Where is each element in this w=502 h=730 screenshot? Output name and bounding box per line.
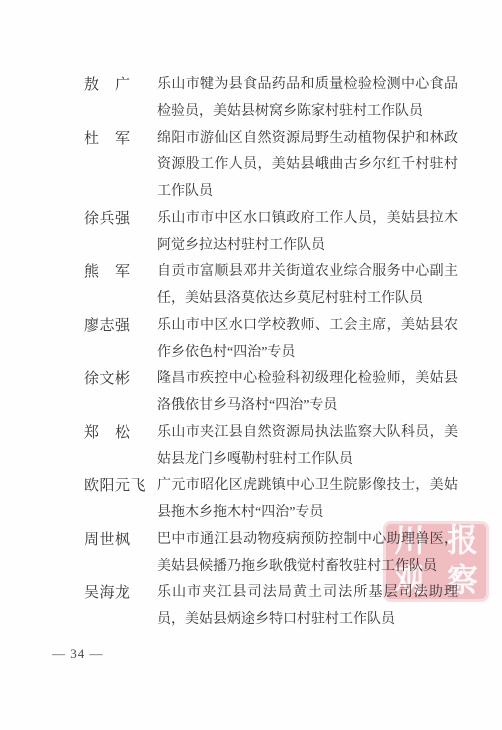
person-name: 周世枫 [84, 527, 157, 554]
person-name: 杜 军 [84, 126, 157, 153]
document-page: 川 报 观 察 敖 广 乐山市犍为县食品药品和质量检验检测中心食品 检验员，美姑… [0, 0, 502, 730]
list-item: 吴海龙 乐山市夹江县司法局黄土司法所基层司法助理 员，美姑县炳途乡特口村驻村工作… [84, 580, 458, 634]
description-line: 自贡市富顺县邓井关街道农业综合服务中心副主 [157, 259, 458, 286]
person-description: 自贡市富顺县邓井关街道农业综合服务中心副主 任，美姑县洛莫依达乡莫尼村驻村工作队… [157, 259, 458, 313]
description-line: 乐山市夹江县司法局黄土司法所基层司法助理 [157, 580, 458, 607]
description-line: 隆昌市疾控中心检验科初级理化检验师，美姑县 [157, 366, 458, 393]
person-name: 欧阳元飞 [84, 473, 157, 500]
description-line: 工作队员 [157, 179, 458, 206]
person-description: 巴中市通江县动物疫病预防控制中心助理兽医， 美姑县候播乃拖乡耿俄觉村畜牧驻村工作… [157, 527, 458, 581]
description-line: 巴中市通江县动物疫病预防控制中心助理兽医， [157, 527, 458, 554]
list-item: 徐文彬 隆昌市疾控中心检验科初级理化检验师，美姑县 洛俄依甘乡马洛村“四治”专员 [84, 366, 458, 420]
description-line: 资源股工作人员，美姑县峨曲古乡尔红千村驻村 [157, 152, 458, 179]
description-line: 县拖木乡拖木村“四治”专员 [157, 500, 458, 527]
person-name: 熊 军 [84, 259, 157, 286]
list-item: 欧阳元飞 广元市昭化区虎跳镇中心卫生院影像技士，美姑 县拖木乡拖木村“四治”专员 [84, 473, 458, 527]
description-line: 广元市昭化区虎跳镇中心卫生院影像技士，美姑 [157, 473, 458, 500]
person-description: 乐山市夹江县司法局黄土司法所基层司法助理 员，美姑县炳途乡特口村驻村工作队员 [157, 580, 458, 634]
description-line: 检验员，美姑县树窝乡陈家村驻村工作队员 [157, 99, 458, 126]
description-line: 洛俄依甘乡马洛村“四治”专员 [157, 393, 458, 420]
description-line: 乐山市中区水口学校教师、工会主席，美姑县农 [157, 313, 458, 340]
description-line: 任，美姑县洛莫依达乡莫尼村驻村工作队员 [157, 286, 458, 313]
description-line: 乐山市犍为县食品药品和质量检验检测中心食品 [157, 72, 458, 99]
page-number: — 34 — [52, 646, 104, 662]
list-item: 徐兵强 乐山市市中区水口镇政府工作人员，美姑县拉木 阿觉乡拉达村驻村工作队员 [84, 206, 458, 260]
person-name: 吴海龙 [84, 580, 157, 607]
person-description: 隆昌市疾控中心检验科初级理化检验师，美姑县 洛俄依甘乡马洛村“四治”专员 [157, 366, 458, 420]
person-description: 乐山市夹江县自然资源局执法监察大队科员，美 姑县龙门乡嘎勒村驻村工作队员 [157, 420, 458, 474]
person-description: 乐山市市中区水口镇政府工作人员，美姑县拉木 阿觉乡拉达村驻村工作队员 [157, 206, 458, 260]
person-description: 乐山市犍为县食品药品和质量检验检测中心食品 检验员，美姑县树窝乡陈家村驻村工作队… [157, 72, 458, 126]
description-line: 阿觉乡拉达村驻村工作队员 [157, 233, 458, 260]
person-description: 广元市昭化区虎跳镇中心卫生院影像技士，美姑 县拖木乡拖木村“四治”专员 [157, 473, 458, 527]
list-item: 郑 松 乐山市夹江县自然资源局执法监察大队科员，美 姑县龙门乡嘎勒村驻村工作队员 [84, 420, 458, 474]
list-item: 周世枫 巴中市通江县动物疫病预防控制中心助理兽医， 美姑县候播乃拖乡耿俄觉村畜牧… [84, 527, 458, 581]
description-line: 作乡依色村“四治”专员 [157, 340, 458, 367]
person-name: 敖 广 [84, 72, 157, 99]
description-line: 绵阳市游仙区自然资源局野生动植物保护和林政 [157, 126, 458, 153]
description-line: 乐山市夹江县自然资源局执法监察大队科员，美 [157, 420, 458, 447]
person-description: 乐山市中区水口学校教师、工会主席，美姑县农 作乡依色村“四治”专员 [157, 313, 458, 367]
list-item: 敖 广 乐山市犍为县食品药品和质量检验检测中心食品 检验员，美姑县树窝乡陈家村驻… [84, 72, 458, 126]
roster-list: 敖 广 乐山市犍为县食品药品和质量检验检测中心食品 检验员，美姑县树窝乡陈家村驻… [84, 72, 458, 634]
description-line: 美姑县候播乃拖乡耿俄觉村畜牧驻村工作队员 [157, 554, 458, 581]
person-name: 廖志强 [84, 313, 157, 340]
list-item: 杜 军 绵阳市游仙区自然资源局野生动植物保护和林政 资源股工作人员，美姑县峨曲古… [84, 126, 458, 206]
description-line: 姑县龙门乡嘎勒村驻村工作队员 [157, 447, 458, 474]
person-name: 徐文彬 [84, 366, 157, 393]
person-name: 郑 松 [84, 420, 157, 447]
person-description: 绵阳市游仙区自然资源局野生动植物保护和林政 资源股工作人员，美姑县峨曲古乡尔红千… [157, 126, 458, 206]
list-item: 廖志强 乐山市中区水口学校教师、工会主席，美姑县农 作乡依色村“四治”专员 [84, 313, 458, 367]
description-line: 乐山市市中区水口镇政府工作人员，美姑县拉木 [157, 206, 458, 233]
list-item: 熊 军 自贡市富顺县邓井关街道农业综合服务中心副主 任，美姑县洛莫依达乡莫尼村驻… [84, 259, 458, 313]
description-line: 员，美姑县炳途乡特口村驻村工作队员 [157, 607, 458, 634]
person-name: 徐兵强 [84, 206, 157, 233]
